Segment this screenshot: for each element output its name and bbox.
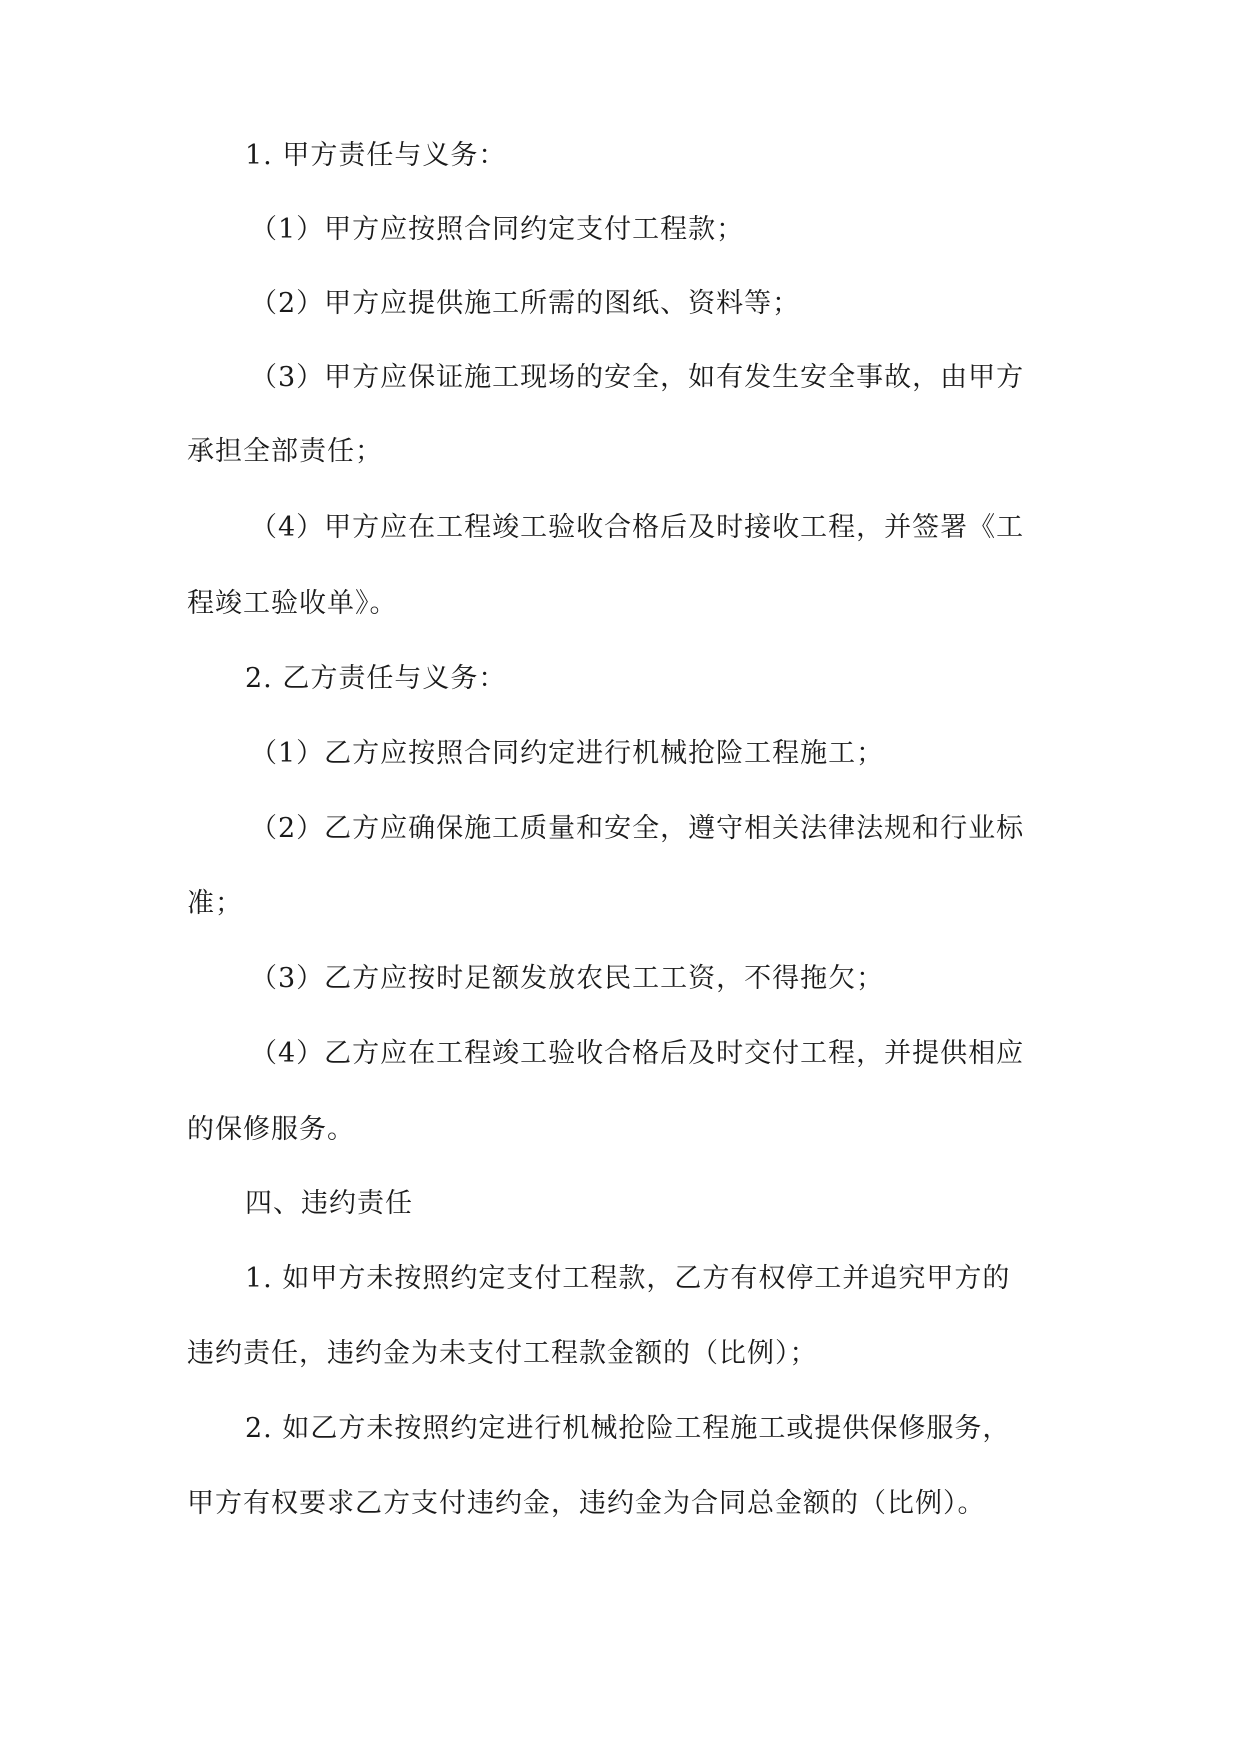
section-heading-breach: 四、违约责任 (245, 1187, 1125, 1221)
breach-item-1: 1. 如甲方未按照约定支付工程款，乙方有权停工并追究甲方的 (245, 1262, 1125, 1296)
party-a-item-4-cont: 程竣工验收单》。 (187, 587, 1067, 621)
party-a-item-1: （1）甲方应按照合同约定支付工程款； (250, 213, 1130, 247)
breach-item-2-cont: 甲方有权要求乙方支付违约金，违约金为合同总金额的（比例）。 (187, 1487, 1067, 1521)
party-a-item-4: （4）甲方应在工程竣工验收合格后及时接收工程，并签署《工 (250, 511, 1130, 545)
party-b-item-2-cont: 准； (187, 887, 1067, 921)
heading-party-b-duties: 2. 乙方责任与义务： (245, 662, 1125, 696)
party-a-item-2: （2）甲方应提供施工所需的图纸、资料等； (250, 287, 1130, 321)
breach-item-1-cont: 违约责任，违约金为未支付工程款金额的（比例）； (187, 1337, 1067, 1371)
party-b-item-1: （1）乙方应按照合同约定进行机械抢险工程施工； (250, 737, 1130, 771)
party-b-item-4-cont: 的保修服务。 (187, 1113, 1067, 1147)
party-b-item-4: （4）乙方应在工程竣工验收合格后及时交付工程，并提供相应 (250, 1037, 1130, 1071)
document-page: 1. 甲方责任与义务： （1）甲方应按照合同约定支付工程款； （2）甲方应提供施… (0, 0, 1241, 1754)
party-b-item-2: （2）乙方应确保施工质量和安全，遵守相关法律法规和行业标 (250, 812, 1130, 846)
party-a-item-3-cont: 承担全部责任； (187, 435, 1067, 469)
party-b-item-3: （3）乙方应按时足额发放农民工工资，不得拖欠； (250, 962, 1130, 996)
heading-party-a-duties: 1. 甲方责任与义务： (245, 139, 1125, 173)
breach-item-2: 2. 如乙方未按照约定进行机械抢险工程施工或提供保修服务， (245, 1412, 1125, 1446)
party-a-item-3: （3）甲方应保证施工现场的安全，如有发生安全事故，由甲方 (250, 361, 1130, 395)
